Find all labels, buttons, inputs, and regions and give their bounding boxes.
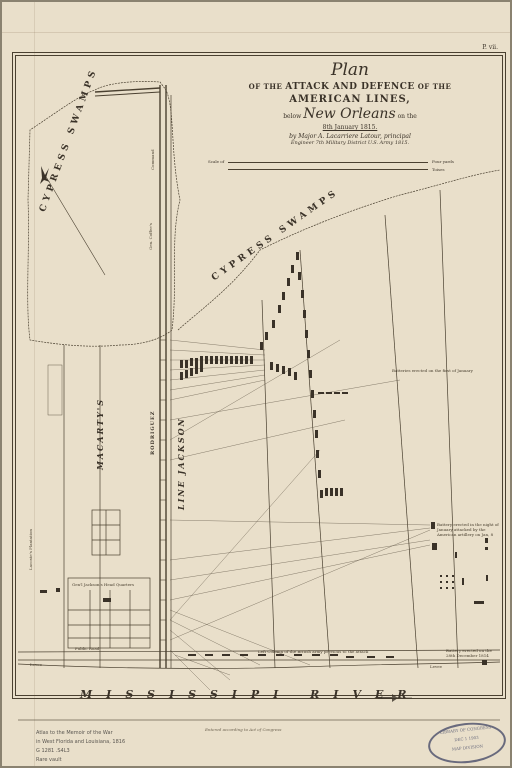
map-title-block: Plan OF THE ATTACK AND DEFENCE OF THE AM… bbox=[240, 60, 460, 146]
pencil-note-4: Rare vault bbox=[36, 756, 125, 765]
title-line-1: OF THE ATTACK AND DEFENCE OF THE bbox=[240, 82, 460, 92]
title-line-3: below New Orleans on the bbox=[240, 106, 460, 122]
label-line-jackson: LINE JACKSON bbox=[176, 417, 186, 510]
scale-label-right-bottom: Toises bbox=[432, 167, 445, 172]
label-plantation: Lacoste's Plantation bbox=[28, 529, 33, 570]
title-line-2: AMERICAN LINES, bbox=[240, 94, 460, 105]
title-main: ATTACK AND DEFENCE bbox=[285, 82, 415, 92]
swamp-boundary-left bbox=[28, 81, 180, 346]
title-plan: Plan bbox=[240, 60, 460, 80]
title-on-the: on the bbox=[398, 113, 417, 120]
pencil-note-2: in West Florida and Louisiana, 1816 bbox=[36, 738, 125, 747]
pencil-annotations: Atlas to the Memoir of the War in West F… bbox=[36, 729, 125, 765]
engraved-note: Entered according to Act of Congress bbox=[205, 727, 281, 732]
label-hq: Gen'l Jackson's Head Quarters bbox=[72, 582, 134, 587]
label-enemy-batteries-2: Battery erected in the night of January … bbox=[437, 522, 502, 537]
title-place: New Orleans bbox=[303, 106, 395, 122]
label-enemy-batteries-1: Batteries erected on the first of Januar… bbox=[392, 368, 473, 373]
title-suffix: OF THE bbox=[418, 82, 452, 91]
title-author: by Major A. Lacarriere Latour, principal bbox=[240, 133, 460, 140]
label-battery-erected: Battery erected on the 28th December 181… bbox=[446, 648, 502, 658]
pencil-note-3: G 1281 .S4L3 bbox=[36, 747, 125, 756]
scale-label-left: Scale of bbox=[208, 159, 224, 164]
title-engineer: Engineer 7th Military District U.S. Army… bbox=[240, 140, 460, 146]
label-levee: Levee bbox=[30, 662, 42, 667]
label-left-column: Left Column of the British army previous… bbox=[258, 649, 368, 654]
label-macartys: MACARTY'S bbox=[95, 398, 105, 470]
title-prefix: OF THE bbox=[249, 82, 283, 91]
label-mississippi-river: MISSISSIPI RIVER bbox=[80, 688, 421, 701]
label-gen-coffee: Gen. Coffee's bbox=[148, 223, 153, 250]
title-below: below bbox=[283, 113, 301, 120]
pencil-note-1: Atlas to the Memoir of the War bbox=[36, 729, 125, 738]
scale-bar bbox=[228, 162, 428, 170]
label-levee-right: Levee bbox=[430, 664, 442, 669]
label-rodriguez-canal: RODRIGUEZ bbox=[150, 411, 156, 455]
title-date: 8th January 1815. bbox=[240, 124, 460, 131]
label-public-road: Public Road bbox=[75, 646, 99, 651]
label-command: Command bbox=[150, 149, 155, 170]
scale-label-right-top: Four yards bbox=[432, 159, 454, 164]
